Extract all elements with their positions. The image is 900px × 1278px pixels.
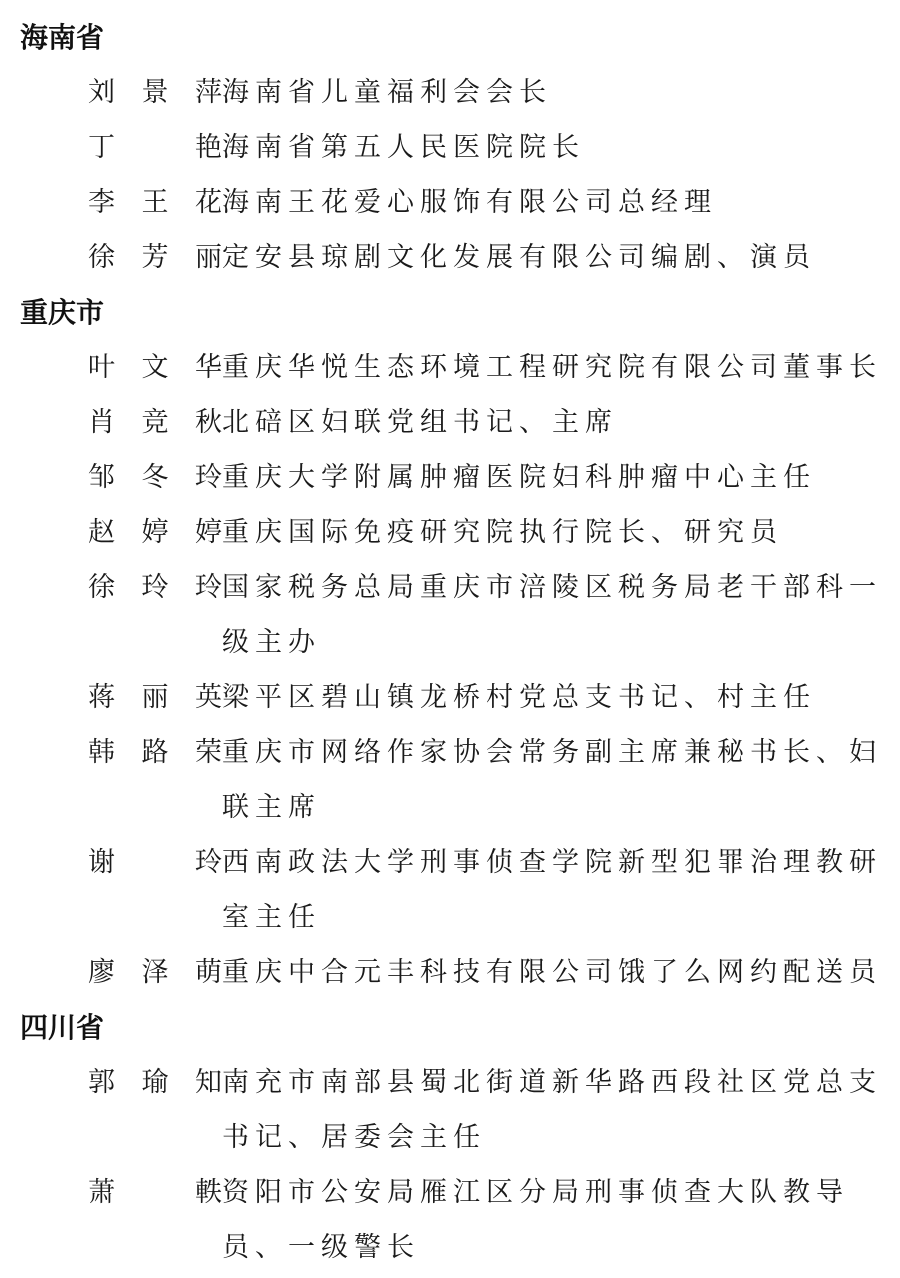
person-name: 赵婷婷 [88, 505, 222, 560]
title-line: 国家税务总局重庆市涪陵区税务局老干部科一 [222, 560, 884, 615]
person-name: 郭瑜知 [88, 1055, 222, 1110]
person-title: 梁平区碧山镇龙桥村党总支书记、村主任 [222, 670, 884, 725]
person-title: 重庆华悦生态环境工程研究院有限公司董事长 [222, 340, 884, 395]
person-title: 北碚区妇联党组书记、主席 [222, 395, 884, 450]
title-line: 联主席 [222, 780, 884, 835]
title-line: 海南省第五人民医院院长 [222, 120, 884, 175]
person-name: 叶文华 [88, 340, 222, 395]
list-item: 邹冬玲 重庆大学附属肿瘤医院妇科肿瘤中心主任 [0, 450, 900, 505]
title-line: 海南省儿童福利会会长 [222, 65, 884, 120]
title-line: 级主办 [222, 615, 884, 670]
section-sichuan: 四川省 郭瑜知 南充市南部县蜀北街道新华路西段社区党总支 书记、居委会主任 萧 … [0, 1000, 900, 1275]
title-line: 重庆国际免疫研究院执行院长、研究员 [222, 505, 884, 560]
list-item: 赵婷婷 重庆国际免疫研究院执行院长、研究员 [0, 505, 900, 560]
person-name: 邹冬玲 [88, 450, 222, 505]
person-name: 丁 艳 [88, 120, 222, 175]
person-name: 徐玲玲 [88, 560, 222, 615]
title-line: 重庆市网络作家协会常务副主席兼秘书长、妇 [222, 725, 884, 780]
title-line: 重庆华悦生态环境工程研究院有限公司董事长 [222, 340, 884, 395]
person-title: 南充市南部县蜀北街道新华路西段社区党总支 书记、居委会主任 [222, 1055, 884, 1165]
list-item: 刘景萍 海南省儿童福利会会长 [0, 65, 900, 120]
title-line: 西南政法大学刑事侦查学院新型犯罪治理教研 [222, 835, 884, 890]
title-line: 员、一级警长 [222, 1220, 884, 1275]
list-item: 肖竞秋 北碚区妇联党组书记、主席 [0, 395, 900, 450]
title-line: 梁平区碧山镇龙桥村党总支书记、村主任 [222, 670, 884, 725]
person-title: 海南省儿童福利会会长 [222, 65, 884, 120]
person-name: 萧 軼 [88, 1165, 222, 1220]
list-item: 廖泽萌 重庆中合元丰科技有限公司饿了么网约配送员 [0, 945, 900, 1000]
person-title: 资阳市公安局雁江区分局刑事侦查大队教导 员、一级警长 [222, 1165, 884, 1275]
title-line: 北碚区妇联党组书记、主席 [222, 395, 884, 450]
title-line: 南充市南部县蜀北街道新华路西段社区党总支 [222, 1055, 884, 1110]
person-title: 国家税务总局重庆市涪陵区税务局老干部科一 级主办 [222, 560, 884, 670]
person-name: 谢 玲 [88, 835, 222, 890]
list-item: 韩路荣 重庆市网络作家协会常务副主席兼秘书长、妇 联主席 [0, 725, 900, 835]
person-title: 定安县琼剧文化发展有限公司编剧、演员 [222, 230, 884, 285]
section-heading: 重庆市 [0, 285, 900, 340]
person-title: 重庆中合元丰科技有限公司饿了么网约配送员 [222, 945, 884, 1000]
person-name: 徐芳丽 [88, 230, 222, 285]
list-item: 蒋丽英 梁平区碧山镇龙桥村党总支书记、村主任 [0, 670, 900, 725]
person-name: 李王花 [88, 175, 222, 230]
title-line: 重庆中合元丰科技有限公司饿了么网约配送员 [222, 945, 884, 1000]
title-line: 定安县琼剧文化发展有限公司编剧、演员 [222, 230, 884, 285]
person-name: 韩路荣 [88, 725, 222, 780]
person-title: 重庆国际免疫研究院执行院长、研究员 [222, 505, 884, 560]
list-item: 萧 軼 资阳市公安局雁江区分局刑事侦查大队教导 员、一级警长 [0, 1165, 900, 1275]
list-item: 李王花 海南王花爱心服饰有限公司总经理 [0, 175, 900, 230]
title-line: 重庆大学附属肿瘤医院妇科肿瘤中心主任 [222, 450, 884, 505]
list-item: 丁 艳 海南省第五人民医院院长 [0, 120, 900, 175]
list-item: 徐芳丽 定安县琼剧文化发展有限公司编剧、演员 [0, 230, 900, 285]
person-title: 重庆市网络作家协会常务副主席兼秘书长、妇 联主席 [222, 725, 884, 835]
section-chongqing: 重庆市 叶文华 重庆华悦生态环境工程研究院有限公司董事长 肖竞秋 北碚区妇联党组… [0, 285, 900, 1000]
section-heading: 四川省 [0, 1000, 900, 1055]
title-line: 海南王花爱心服饰有限公司总经理 [222, 175, 884, 230]
title-line: 资阳市公安局雁江区分局刑事侦查大队教导 [222, 1165, 884, 1220]
list-item: 徐玲玲 国家税务总局重庆市涪陵区税务局老干部科一 级主办 [0, 560, 900, 670]
list-item: 叶文华 重庆华悦生态环境工程研究院有限公司董事长 [0, 340, 900, 395]
list-item: 谢 玲 西南政法大学刑事侦查学院新型犯罪治理教研 室主任 [0, 835, 900, 945]
document: 海南省 刘景萍 海南省儿童福利会会长 丁 艳 海南省第五人民医院院长 李王花 海… [0, 10, 900, 1275]
person-name: 蒋丽英 [88, 670, 222, 725]
person-name: 廖泽萌 [88, 945, 222, 1000]
person-name: 肖竞秋 [88, 395, 222, 450]
section-heading: 海南省 [0, 10, 900, 65]
person-title: 海南省第五人民医院院长 [222, 120, 884, 175]
person-name: 刘景萍 [88, 65, 222, 120]
title-line: 室主任 [222, 890, 884, 945]
person-title: 西南政法大学刑事侦查学院新型犯罪治理教研 室主任 [222, 835, 884, 945]
person-title: 海南王花爱心服饰有限公司总经理 [222, 175, 884, 230]
section-hainan: 海南省 刘景萍 海南省儿童福利会会长 丁 艳 海南省第五人民医院院长 李王花 海… [0, 10, 900, 285]
person-title: 重庆大学附属肿瘤医院妇科肿瘤中心主任 [222, 450, 884, 505]
title-line: 书记、居委会主任 [222, 1110, 884, 1165]
list-item: 郭瑜知 南充市南部县蜀北街道新华路西段社区党总支 书记、居委会主任 [0, 1055, 900, 1165]
